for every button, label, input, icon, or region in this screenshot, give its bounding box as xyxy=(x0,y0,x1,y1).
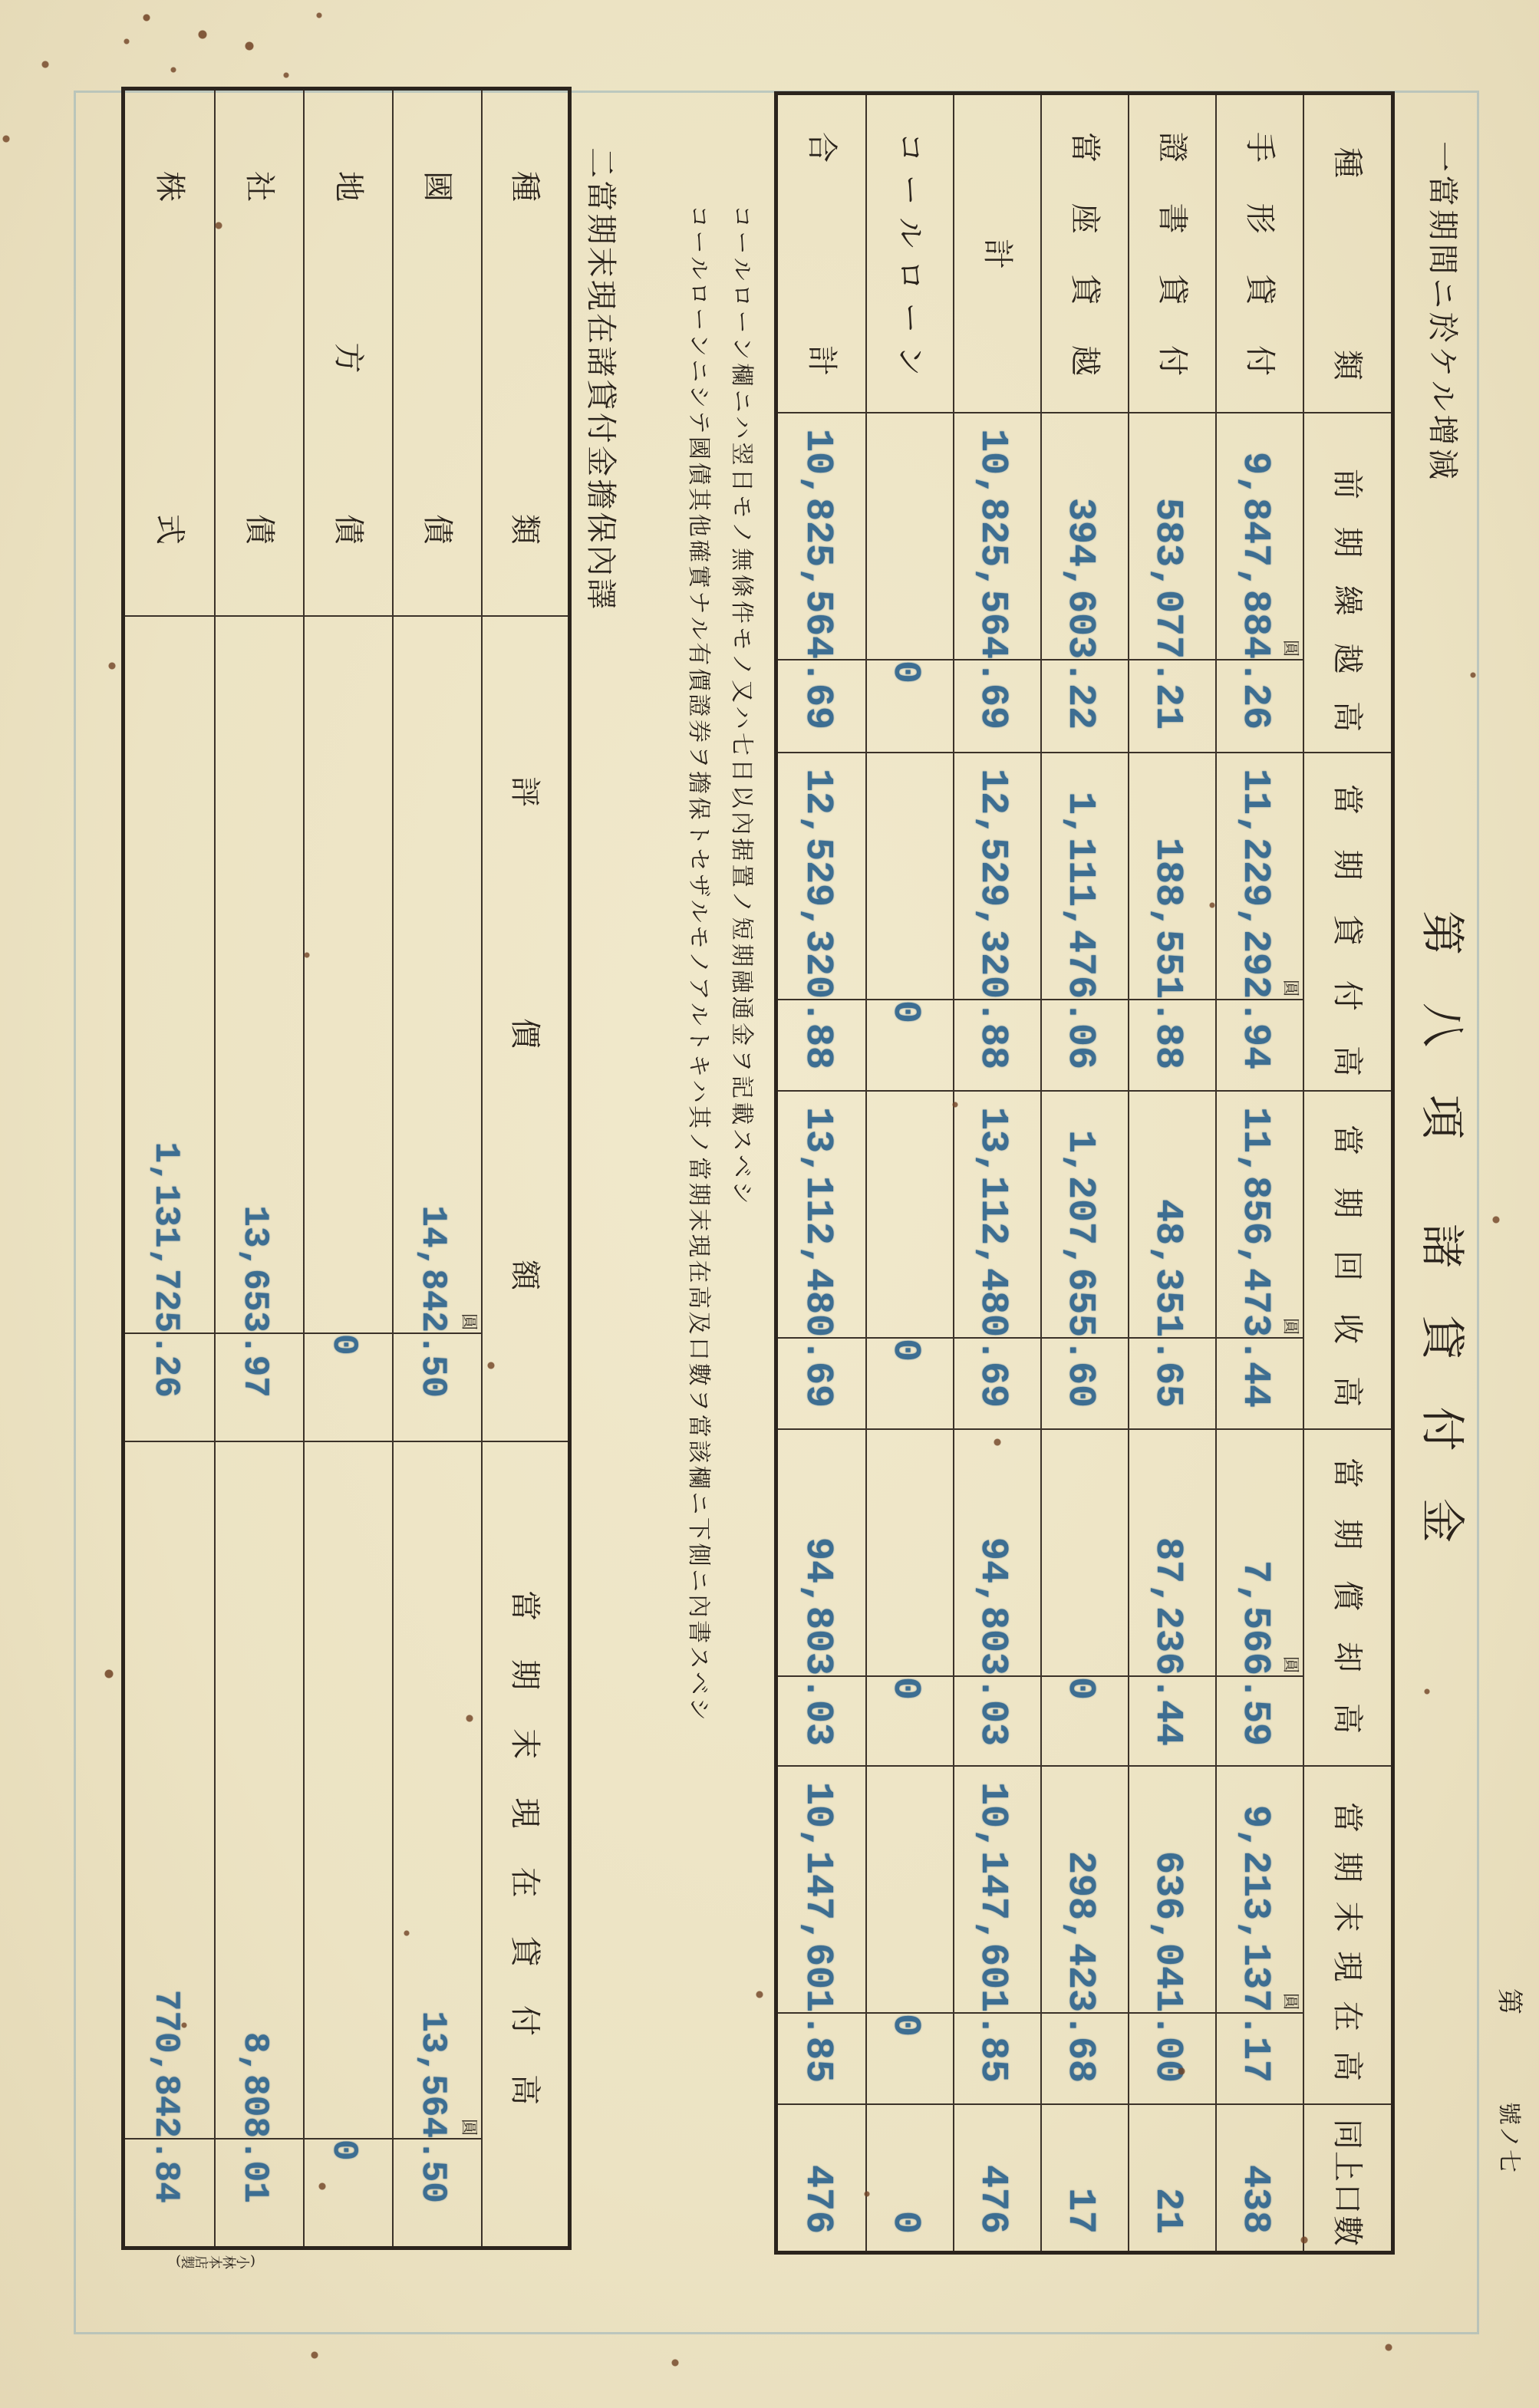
glyph: ン xyxy=(687,334,710,357)
col-header-count: 同上口數 xyxy=(1303,2105,1391,2251)
glyph: ン xyxy=(730,337,753,360)
cell-end-balance: 0 xyxy=(303,1442,392,2246)
row-label-text: 社債 xyxy=(244,171,275,545)
glyph: 期 xyxy=(1427,209,1458,240)
amount-yen: 13,112,480 xyxy=(798,1107,836,1337)
glyph: モ xyxy=(730,627,753,650)
glyph: 付 xyxy=(1157,345,1188,376)
amount-yen: 14,842 xyxy=(415,1205,450,1332)
amount-sen: .59 xyxy=(1235,1677,1274,1746)
cell-appraised-value: 13,653.97 xyxy=(214,617,303,1442)
glyph: 內 xyxy=(585,545,616,576)
row-label-call-loans: コールローン xyxy=(865,95,953,413)
glyph: 類 xyxy=(1333,350,1363,380)
glyph: シ xyxy=(730,1181,753,1204)
amount-yen: 10,147,601 xyxy=(973,1782,1011,2012)
col-header-end-balance-label: 當期末現在高 xyxy=(1333,1802,1363,2081)
glyph: 在 xyxy=(1333,2001,1363,2031)
glyph: 期 xyxy=(1333,1852,1363,1883)
glyph: 形 xyxy=(1244,203,1275,234)
glyph: 手 xyxy=(1244,132,1275,163)
glyph: ハ xyxy=(730,416,753,439)
cell-end-balance: 10,147,601.85 xyxy=(778,1767,865,2105)
col-header-end-balance: 當期末現在貸付高 xyxy=(481,1442,568,2246)
glyph: 短 xyxy=(730,917,753,940)
cell-end-balance: 770,842.84 xyxy=(125,1442,214,2246)
cell-prev-balance: 10,825,564.69 xyxy=(778,413,865,753)
glyph: 期 xyxy=(730,944,753,967)
glyph: ル xyxy=(687,900,710,923)
glyph: コ xyxy=(730,205,753,228)
glyph: ニ xyxy=(687,359,710,382)
yen-unit-mark: 圓 xyxy=(1281,1993,1298,2010)
col-header-appraised-value: 評價額 xyxy=(481,617,568,1442)
glyph: ニ xyxy=(1427,278,1458,308)
glyph: 保 xyxy=(585,512,616,542)
glyph: ノ xyxy=(730,654,753,677)
glyph: ヲ xyxy=(687,1388,710,1412)
row-label-local-bonds: 地方債 xyxy=(303,91,392,617)
glyph: 類 xyxy=(510,514,541,545)
amount-sen: .03 xyxy=(973,1677,1011,1746)
cell-count: 0 xyxy=(865,2105,953,2251)
glyph: ー xyxy=(895,175,925,206)
amount-sen: .17 xyxy=(1235,2014,1274,2083)
amount-sen: 0 xyxy=(885,2014,924,2037)
glyph: 越 xyxy=(1069,345,1100,376)
glyph: ニ xyxy=(687,1569,710,1592)
cell-prev-balance: 10,825,564.69 xyxy=(953,413,1040,753)
row-label-text: 手形貸付 xyxy=(1244,132,1275,376)
amount-yen: 1,131,725 xyxy=(148,1142,183,1332)
row-label-text: 合計 xyxy=(806,132,837,376)
cell-lent: 圓11,229,292.94 xyxy=(1215,753,1303,1092)
cell-prev-balance: 0 xyxy=(865,413,953,753)
glyph: 社 xyxy=(244,171,275,202)
glyph: 保 xyxy=(687,797,710,820)
glyph: 期 xyxy=(1333,1519,1363,1550)
glyph: 一 xyxy=(1427,141,1458,172)
glyph: 當 xyxy=(1333,1125,1363,1155)
glyph: 口 xyxy=(687,1337,710,1360)
glyph: 前 xyxy=(1333,469,1363,499)
glyph: ー xyxy=(730,231,753,254)
glyph: 下 xyxy=(687,1517,710,1540)
glyph: 金 xyxy=(585,446,616,476)
row-label-deed-loans: 證書貸付 xyxy=(1128,95,1215,413)
amount-yen: 583,077 xyxy=(1148,498,1186,659)
glyph: ー xyxy=(687,308,710,331)
cell-prev-balance: 394,603.22 xyxy=(1040,413,1128,753)
amount-sen: .44 xyxy=(1148,1677,1186,1746)
amount-yen: 11,856,473 xyxy=(1235,1107,1274,1337)
col-header-lent-label: 當期貸付高 xyxy=(1333,784,1363,1076)
glyph: 末 xyxy=(510,1728,541,1759)
row-label-overdrafts: 當座貸越 xyxy=(1040,95,1128,413)
amount-sen: .97 xyxy=(237,1334,272,1398)
footnote-call-loan-unsecured: コールローンニシテ國債其他確實ナル有價證券ヲ擔保トセザルモノアルトキハ其ノ當期末… xyxy=(687,205,710,1721)
glyph: ス xyxy=(730,1128,753,1151)
glyph: 於 xyxy=(1427,312,1458,343)
glyph: 現 xyxy=(1333,1951,1363,1981)
glyph: 期 xyxy=(1333,1188,1363,1218)
glyph: 繰 xyxy=(1333,585,1363,616)
cell-written-off: 0 xyxy=(865,1430,953,1767)
cell-end-balance: 636,041.00 xyxy=(1128,1767,1215,2105)
cell-appraised-value: 圓14,842.50 xyxy=(392,617,481,1442)
col-header-kind-label: 種類 xyxy=(510,171,541,545)
cell-collected: 圓11,856,473.44 xyxy=(1215,1092,1303,1430)
glyph: 數 xyxy=(1333,2215,1363,2246)
glyph: ロ xyxy=(895,260,925,291)
glyph: 高 xyxy=(1333,1376,1363,1407)
glyph: 確 xyxy=(687,539,710,562)
amount-sen: .26 xyxy=(1235,660,1274,730)
col-header-prev-balance: 前期繰越高 xyxy=(1303,413,1391,753)
amount-sen: 0 xyxy=(885,660,924,684)
amount-yen: 10,825,564 xyxy=(973,429,1011,659)
glyph: 價 xyxy=(510,1018,541,1049)
cell-count: 476 xyxy=(778,2105,865,2251)
glyph: 回 xyxy=(1333,1250,1363,1281)
glyph: ー xyxy=(687,231,710,254)
footnote-call-loan-definition: コールローン欄ニハ翌日モノ無條件モノ又ハ七日以內据置ノ短期融通金ヲ記載スベシ xyxy=(730,205,753,1204)
glyph: 間 xyxy=(1427,244,1458,275)
amount-yen: 7,566 xyxy=(1235,1560,1274,1675)
amount-yen: 298,423 xyxy=(1060,1851,1099,2012)
glyph: 貸 xyxy=(1420,1315,1465,1359)
glyph: 式 xyxy=(154,514,185,545)
glyph: 期 xyxy=(1333,849,1363,880)
glyph: 評 xyxy=(510,776,541,807)
cell-lent: 1,111,476.06 xyxy=(1040,753,1128,1092)
amount-yen: 94,803 xyxy=(798,1537,836,1675)
loan-collateral-table: 種類 評價額 當期末現在貸付高 國債 圓14,842.50 圓13,564.50… xyxy=(121,87,572,2250)
glyph: 翌 xyxy=(730,443,753,466)
amount-sen: .85 xyxy=(798,2014,836,2083)
amount-yen: 9,847,884 xyxy=(1235,452,1274,659)
glyph: 在 xyxy=(585,313,616,344)
cell-lent: 12,529,320.88 xyxy=(953,753,1040,1092)
glyph: 期 xyxy=(585,213,616,244)
glyph: 當 xyxy=(510,1590,541,1621)
glyph: 件 xyxy=(730,601,753,624)
glyph: 當 xyxy=(1427,176,1458,206)
amount-sen: .85 xyxy=(973,2014,1011,2083)
amount-yen: 12,529,320 xyxy=(798,769,836,999)
glyph: 八 xyxy=(1420,1003,1465,1047)
glyph: 末 xyxy=(585,247,616,278)
glyph: 債 xyxy=(687,462,710,485)
rotated-document-page: 第 號ノ七 第八項 諸貸付金 一當期間ニ於ケル增減 種類 前期繰越高 當期貸付高… xyxy=(0,0,1539,2408)
glyph: 及 xyxy=(687,1312,710,1335)
cell-end-balance: 圓13,564.50 xyxy=(392,1442,481,2246)
glyph: 載 xyxy=(730,1102,753,1125)
row-label-text: 當座貸越 xyxy=(1069,132,1100,376)
glyph: 減 xyxy=(1427,449,1458,479)
glyph: 當 xyxy=(1333,1802,1363,1833)
glyph: 高 xyxy=(510,2074,541,2105)
glyph: ヲ xyxy=(687,745,710,768)
col-header-kind-label: 種類 xyxy=(1333,147,1363,380)
amount-yen: 11,229,292 xyxy=(1235,769,1274,999)
glyph: セ xyxy=(687,848,710,871)
glyph: モ xyxy=(730,495,753,518)
glyph: 通 xyxy=(730,996,753,1020)
cell-end-balance: 8,808.01 xyxy=(214,1442,303,2246)
amount-yen: 13,564 xyxy=(415,2011,450,2138)
glyph: 有 xyxy=(687,642,710,665)
glyph: 金 xyxy=(730,1023,753,1046)
glyph: 日 xyxy=(730,469,753,492)
glyph: 方 xyxy=(333,343,364,374)
glyph: ー xyxy=(730,311,753,334)
glyph: ノ xyxy=(687,1132,710,1155)
col-header-written-off-label: 當期償却高 xyxy=(1333,1458,1363,1734)
count-value: 476 xyxy=(973,2165,1011,2234)
glyph: 國 xyxy=(422,171,453,202)
glyph: 內 xyxy=(687,1595,710,1618)
glyph: 條 xyxy=(730,574,753,597)
amount-sen: .26 xyxy=(148,1334,183,1398)
loan-changes-table: 種類 前期繰越高 當期貸付高 當期回收高 當期償却高 當期末現在高 同上口數 手… xyxy=(774,91,1395,2255)
glyph: 券 xyxy=(687,720,710,743)
amount-sen: .21 xyxy=(1148,660,1186,730)
glyph: 貸 xyxy=(1069,274,1100,305)
count-value: 476 xyxy=(798,2165,836,2234)
amount-yen: 10,147,601 xyxy=(798,1782,836,2012)
glyph: 當 xyxy=(687,1157,710,1180)
glyph: モ xyxy=(687,925,710,948)
row-label-text: コールローン xyxy=(895,132,925,376)
glyph: 期 xyxy=(687,1183,710,1206)
glyph: ー xyxy=(895,302,925,333)
cell-collected: 48,351.65 xyxy=(1128,1092,1215,1430)
glyph: 計 xyxy=(806,345,837,376)
cell-end-balance: 0 xyxy=(865,1767,953,2105)
glyph: ベ xyxy=(730,1155,753,1178)
amount-sen: .65 xyxy=(1148,1339,1186,1408)
glyph: ス xyxy=(687,1646,710,1669)
amount-sen: .03 xyxy=(798,1677,836,1746)
glyph: ザ xyxy=(687,874,710,897)
glyph: 證 xyxy=(1157,132,1188,163)
cell-lent: 188,551.88 xyxy=(1128,753,1215,1092)
glyph: 欄 xyxy=(730,363,753,386)
glyph: 償 xyxy=(1333,1580,1363,1611)
amount-sen: .22 xyxy=(1060,660,1099,730)
amount-sen: 0 xyxy=(885,1339,924,1362)
amount-sen: 0 xyxy=(1060,1677,1099,1700)
col-header-written-off: 當期償却高 xyxy=(1303,1430,1391,1767)
cell-written-off: 94,803.03 xyxy=(778,1430,865,1767)
row-label-stocks: 株式 xyxy=(125,91,214,617)
glyph: 高 xyxy=(1333,1703,1363,1734)
glyph: ル xyxy=(730,258,753,281)
glyph: ケ xyxy=(1427,346,1458,377)
cell-count: 476 xyxy=(953,2105,1040,2251)
glyph: 地 xyxy=(333,171,364,202)
glyph: 末 xyxy=(687,1208,710,1231)
row-label-corporate-bonds: 社債 xyxy=(214,91,303,617)
glyph: ン xyxy=(895,345,925,376)
yen-unit-mark: 圓 xyxy=(460,1313,476,1330)
cell-prev-balance: 583,077.21 xyxy=(1128,413,1215,753)
amount-sen: .69 xyxy=(973,1339,1011,1408)
glyph: 諸 xyxy=(585,346,616,377)
page-title-section: 第八項 xyxy=(1420,911,1465,1139)
amount-yen: 13,112,480 xyxy=(973,1107,1011,1337)
amount-yen: 770,842 xyxy=(148,1990,183,2138)
amount-sen: .00 xyxy=(1148,2014,1186,2083)
glyph: ハ xyxy=(730,706,753,729)
row-label-bill-loans: 手形貸付 xyxy=(1215,95,1303,413)
glyph: ハ xyxy=(687,1080,710,1103)
glyph: 融 xyxy=(730,970,753,993)
col-header-appraised-value-label: 評價額 xyxy=(510,776,541,1290)
amount-yen: 12,529,320 xyxy=(973,769,1011,999)
glyph: 付 xyxy=(1420,1407,1465,1451)
glyph: 內 xyxy=(730,812,753,835)
glyph: 當 xyxy=(1333,784,1363,815)
row-label-text: 證書貸付 xyxy=(1157,132,1188,376)
col-header-collected-label: 當期回收高 xyxy=(1333,1125,1363,1407)
glyph: 當 xyxy=(1069,132,1100,163)
glyph: 其 xyxy=(687,488,710,511)
col-header-kind: 種類 xyxy=(481,91,568,617)
glyph: 價 xyxy=(687,668,710,691)
cell-collected: 0 xyxy=(865,1092,953,1430)
glyph: 證 xyxy=(687,693,710,716)
glyph: 現 xyxy=(585,280,616,311)
glyph: 第 xyxy=(1420,911,1465,955)
col-header-kind: 種類 xyxy=(1303,95,1391,413)
amount-sen: .06 xyxy=(1060,1000,1099,1069)
amount-sen: .68 xyxy=(1060,2014,1099,2083)
cell-written-off: 0 xyxy=(1040,1430,1128,1767)
amount-sen: .44 xyxy=(1235,1339,1274,1408)
cell-count: 21 xyxy=(1128,2105,1215,2251)
amount-sen: .88 xyxy=(798,1000,836,1069)
row-label-text: 國債 xyxy=(422,171,453,545)
cell-end-balance: 10,147,601.85 xyxy=(953,1767,1040,2105)
amount-yen: 394,603 xyxy=(1060,498,1099,659)
glyph: 置 xyxy=(730,865,753,888)
glyph: 越 xyxy=(1333,643,1363,674)
row-label-grand-total: 合計 xyxy=(778,95,865,413)
glyph: 書 xyxy=(1157,203,1188,234)
amount-yen: 9,213,137 xyxy=(1235,1805,1274,2012)
cell-collected: 13,112,480.69 xyxy=(953,1092,1040,1430)
glyph: 株 xyxy=(154,171,185,202)
amount-sen: .50 xyxy=(415,1334,450,1398)
glyph: ロ xyxy=(730,284,753,307)
glyph: 號 xyxy=(1497,2102,1520,2125)
glyph: 無 xyxy=(730,548,753,571)
glyph: ノ xyxy=(1497,2126,1520,2149)
glyph: 擔 xyxy=(687,771,710,794)
glyph: 國 xyxy=(687,436,710,460)
cell-lent: 0 xyxy=(865,753,953,1092)
count-value: 17 xyxy=(1060,2188,1099,2234)
glyph: 末 xyxy=(1333,1902,1363,1932)
glyph: 期 xyxy=(510,1659,541,1690)
amount-sen: .84 xyxy=(148,2140,183,2203)
glyph: シ xyxy=(687,1698,710,1721)
row-label-text: 地方債 xyxy=(333,171,364,545)
glyph: 計 xyxy=(982,239,1013,269)
glyph: 付 xyxy=(1244,345,1275,376)
amount-yen: 87,236 xyxy=(1148,1537,1186,1675)
glyph: 現 xyxy=(687,1234,710,1257)
glyph: 座 xyxy=(1069,203,1100,234)
row-label-government-bonds: 國債 xyxy=(392,91,481,617)
glyph: 債 xyxy=(333,514,364,545)
col-header-collected: 當期回收高 xyxy=(1303,1092,1391,1430)
glyph: 又 xyxy=(730,680,753,703)
amount-sen: .69 xyxy=(973,660,1011,730)
glyph: 側 xyxy=(687,1543,710,1566)
glyph: 債 xyxy=(244,514,275,545)
glyph: 譯 xyxy=(585,578,616,609)
glyph: 他 xyxy=(687,514,710,537)
glyph: 付 xyxy=(1333,980,1363,1011)
glyph: 貸 xyxy=(510,1936,541,1967)
col-header-count-label: 同上口數 xyxy=(1333,2119,1363,2246)
amount-yen: 1,111,476 xyxy=(1060,792,1099,999)
glyph: 債 xyxy=(422,514,453,545)
cell-collected: 1,207,655.60 xyxy=(1040,1092,1128,1430)
glyph: ア xyxy=(687,977,710,1000)
count-value: 0 xyxy=(885,2211,924,2234)
page-title-subject: 諸貸付金 xyxy=(1420,1224,1465,1543)
form-number-prefix: 第 xyxy=(1496,1988,1522,2014)
glyph: 合 xyxy=(806,132,837,163)
glyph: ヲ xyxy=(730,1049,753,1072)
glyph: ロ xyxy=(687,282,710,305)
glyph: 記 xyxy=(730,1076,753,1099)
row-label-subtotal: 計 xyxy=(953,95,1040,413)
cell-end-balance: 298,423.68 xyxy=(1040,1767,1128,2105)
amount-sen: .50 xyxy=(415,2140,450,2203)
glyph: 諸 xyxy=(1420,1224,1465,1268)
amount-sen: 0 xyxy=(885,1677,924,1700)
glyph: キ xyxy=(687,1054,710,1077)
glyph: 在 xyxy=(510,1867,541,1898)
yen-unit-mark: 圓 xyxy=(1281,1656,1298,1673)
glyph: ト xyxy=(687,822,710,845)
col-header-lent: 當期貸付高 xyxy=(1303,753,1391,1092)
glyph: 實 xyxy=(687,565,710,588)
glyph: ル xyxy=(895,217,925,248)
section1-heading: 一當期間ニ於ケル增減 xyxy=(1427,141,1458,479)
cell-prev-balance: 圓9,847,884.26 xyxy=(1215,413,1303,753)
col-header-end-balance: 當期末現在高 xyxy=(1303,1767,1391,2105)
glyph: 期 xyxy=(1333,527,1363,558)
glyph: ナ xyxy=(687,591,710,614)
glyph: 高 xyxy=(1333,1046,1363,1076)
printer-imprint: (小林本店製) xyxy=(176,2254,255,2268)
glyph: 付 xyxy=(585,413,616,443)
glyph: シ xyxy=(687,385,710,408)
glyph: 貸 xyxy=(585,380,616,410)
glyph: 增 xyxy=(1427,414,1458,445)
yen-unit-mark: 圓 xyxy=(1281,980,1298,996)
glyph: 七 xyxy=(1497,2149,1520,2172)
glyph: コ xyxy=(895,132,925,163)
amount-yen: 48,351 xyxy=(1148,1199,1186,1337)
glyph: 其 xyxy=(687,1105,710,1128)
